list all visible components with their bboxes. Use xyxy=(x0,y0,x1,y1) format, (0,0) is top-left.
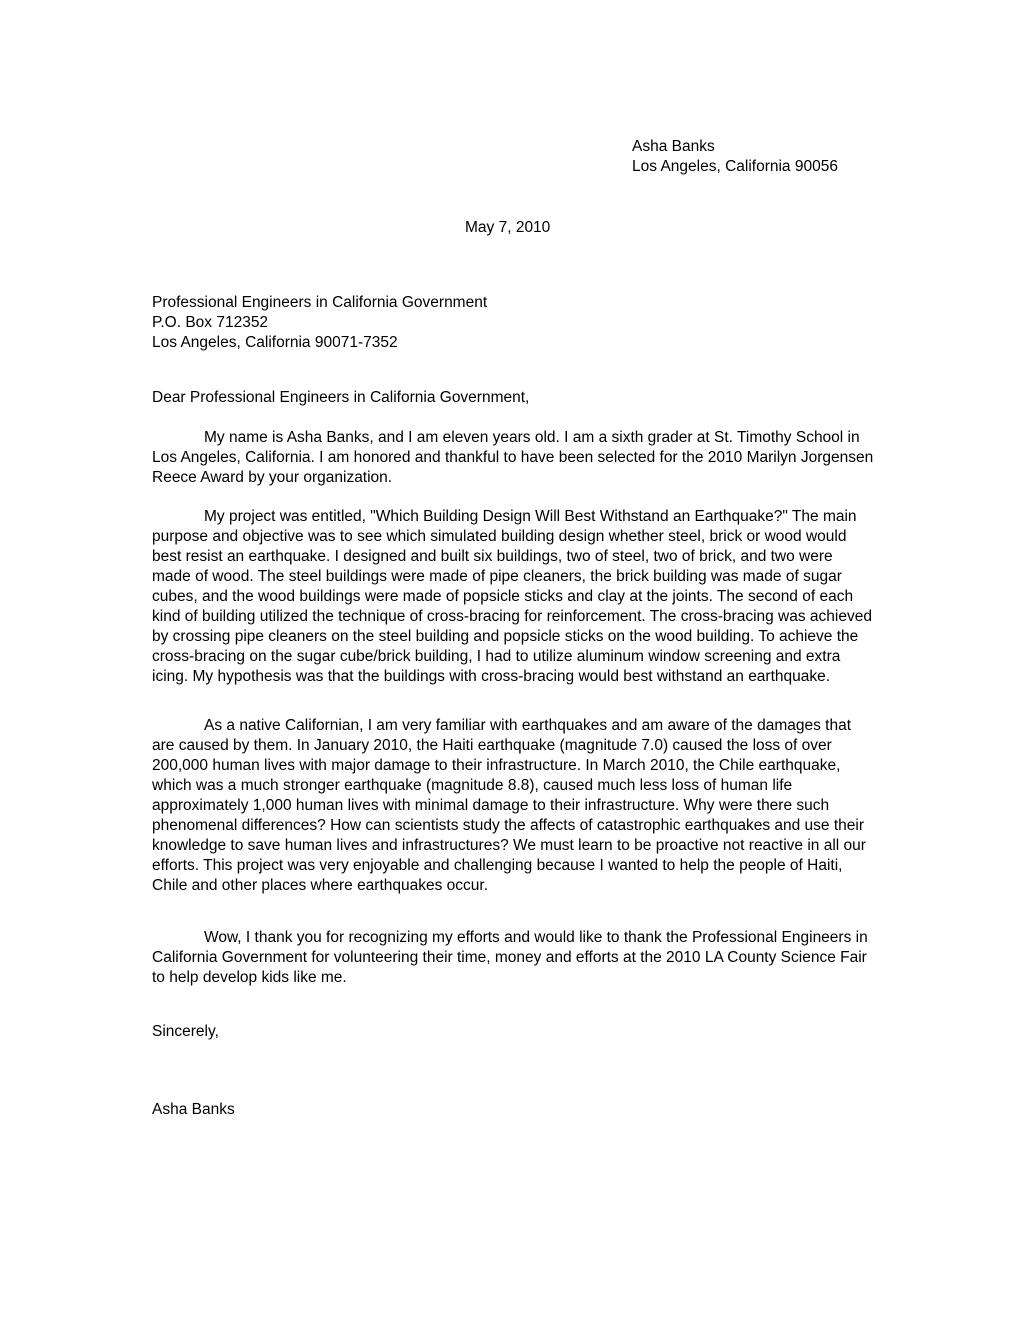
letter-date: May 7, 2010 xyxy=(465,218,550,238)
letter-page: Asha Banks Los Angeles, California 90056… xyxy=(0,0,1020,1320)
recipient-city: Los Angeles, California 90071-7352 xyxy=(152,333,487,353)
paragraph-earthquakes: As a native Californian, I am very famil… xyxy=(152,716,874,896)
paragraph-thanks: Wow, I thank you for recognizing my effo… xyxy=(152,928,874,988)
recipient-pobox: P.O. Box 712352 xyxy=(152,313,487,333)
recipient-block: Professional Engineers in California Gov… xyxy=(152,293,487,353)
sender-block: Asha Banks Los Angeles, California 90056 xyxy=(632,137,838,177)
closing: Sincerely, xyxy=(152,1022,219,1042)
signature: Asha Banks xyxy=(152,1100,235,1120)
recipient-org: Professional Engineers in California Gov… xyxy=(152,293,487,313)
paragraph-intro: My name is Asha Banks, and I am eleven y… xyxy=(152,428,874,488)
paragraph-project: My project was entitled, "Which Building… xyxy=(152,507,874,687)
sender-city: Los Angeles, California 90056 xyxy=(632,157,838,177)
salutation: Dear Professional Engineers in Californi… xyxy=(152,388,529,408)
sender-name: Asha Banks xyxy=(632,137,838,157)
